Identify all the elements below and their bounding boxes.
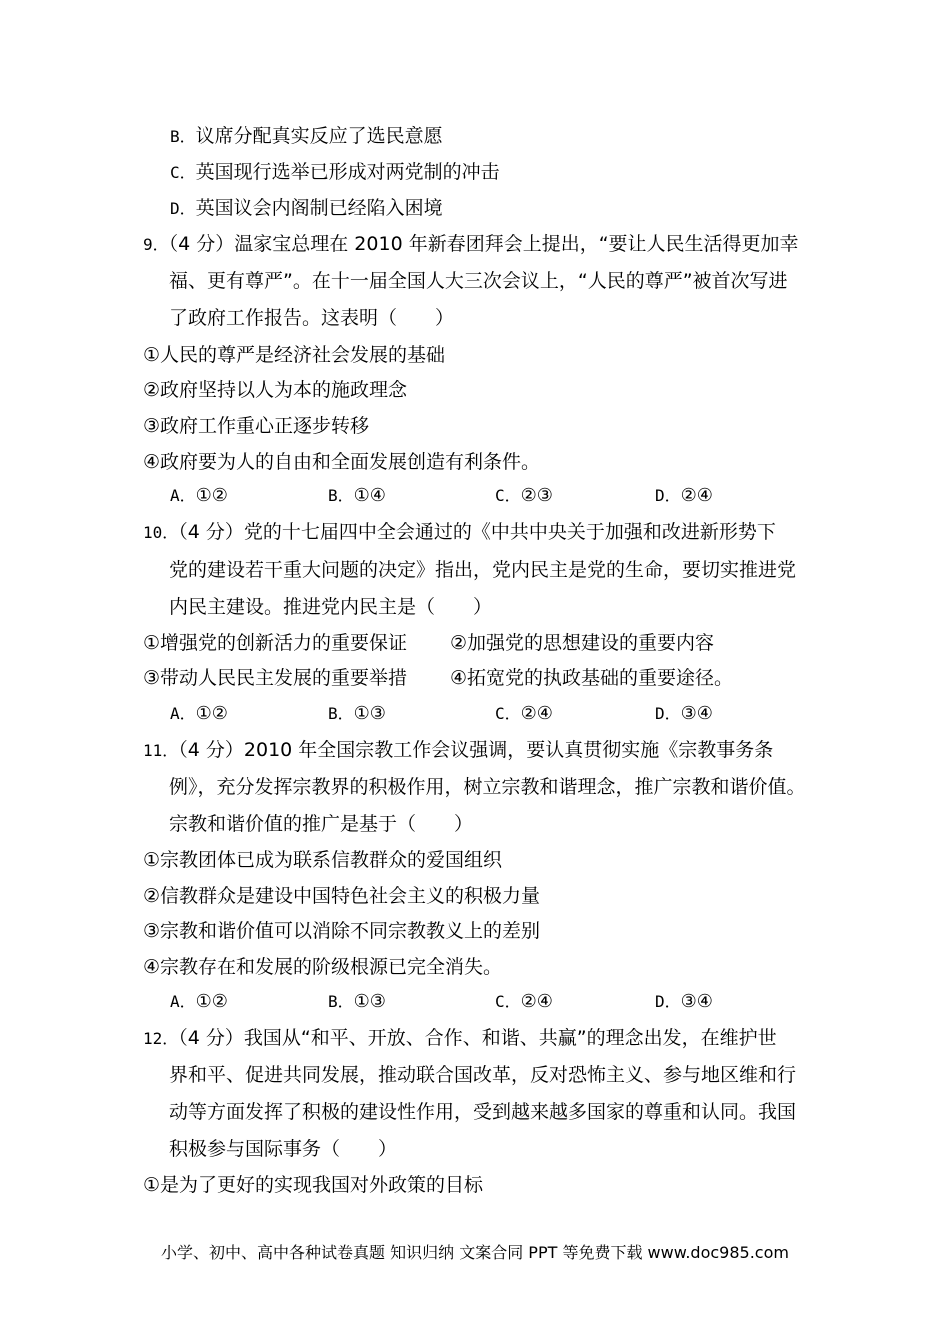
statement: ①人民的尊严是经济社会发展的基础 — [143, 343, 445, 367]
statement: ③宗教和谐价值可以消除不同宗教教义上的差别 — [143, 919, 540, 943]
question-stem-line: 内民主建设。推进党内民主是（ ） — [169, 595, 492, 619]
option-text: 议席分配真实反应了选民意愿 — [196, 125, 443, 147]
statement: ②政府坚持以人为本的施政理念 — [143, 378, 407, 402]
statement: ③政府工作重心正逐步转移 — [143, 414, 369, 438]
option-text: 英国现行选举已形成对两党制的冲击 — [196, 161, 500, 183]
option-a: A．①② — [170, 702, 228, 726]
option-c: C．②③ — [495, 484, 553, 508]
q8-option-d: D．英国议会内阁制已经陷入困境 — [170, 196, 443, 221]
option-letter: C． — [170, 163, 196, 182]
option-a: A．①② — [170, 484, 228, 508]
question-stem-line: 宗教和谐价值的推广是基于（ ） — [169, 812, 473, 836]
option-letter: D． — [170, 199, 196, 218]
question-number: 12． — [143, 1029, 178, 1048]
statement: ②加强党的思想建设的重要内容 — [450, 631, 714, 655]
option-d: D．③④ — [655, 990, 713, 1014]
question-stem-line: 例》，充分发挥宗教界的积极作用，树立宗教和谐理念，推广宗教和谐价值。 — [169, 775, 806, 799]
option-text: 英国议会内阁制已经陷入困境 — [196, 197, 443, 219]
option-b: B．①③ — [328, 990, 386, 1014]
option-d: D．③④ — [655, 702, 713, 726]
question-stem-line: 积极参与国际事务（ ） — [169, 1137, 397, 1161]
option-c: C．②④ — [495, 990, 553, 1014]
statement: ①宗教团体已成为联系信教群众的爱国组织 — [143, 848, 502, 872]
statement: ④拓宽党的执政基础的重要途径。 — [450, 666, 733, 690]
option-c: C．②④ — [495, 702, 553, 726]
statement: ③带动人民民主发展的重要举措 — [143, 666, 407, 690]
document-page: B．议席分配真实反应了选民意愿 C．英国现行选举已形成对两党制的冲击 D．英国议… — [0, 0, 950, 1344]
q8-option-c: C．英国现行选举已形成对两党制的冲击 — [170, 160, 500, 185]
question-number: 9． — [143, 235, 169, 254]
question-stem-line: 了政府工作报告。这表明（ ） — [169, 306, 454, 330]
option-b: B．①④ — [328, 484, 386, 508]
statement: ②信教群众是建设中国特色社会主义的积极力量 — [143, 884, 540, 908]
question-stem-line: 动等方面发挥了积极的建设性作用，受到越来越多国家的尊重和认同。我国 — [169, 1100, 796, 1124]
question-number: 10． — [143, 523, 178, 542]
option-b: B．①③ — [328, 702, 386, 726]
statement: ①是为了更好的实现我国对外政策的目标 — [143, 1173, 483, 1197]
statement: ④宗教存在和发展的阶级根源已完全消失。 — [143, 955, 502, 979]
option-d: D．②④ — [655, 484, 713, 508]
q8-option-b: B．议席分配真实反应了选民意愿 — [170, 124, 443, 149]
question-stem-line: 12．（4 分）我国从“和平、开放、合作、和谐、共赢”的理念出发，在维护世 — [143, 1026, 777, 1051]
question-stem-line: 9．（4 分）温家宝总理在 2010 年新春团拜会上提出，“要让人民生活得更加幸 — [143, 232, 799, 257]
question-stem-line: 福、更有尊严”。在十一届全国人大三次会议上，“人民的尊严”被首次写进 — [169, 269, 788, 293]
question-stem-line: 界和平、促进共同发展，推动联合国改革，反对恐怖主义、参与地区维和行 — [169, 1063, 796, 1087]
question-stem-line: 10．（4 分）党的十七届四中全会通过的《中共中央关于加强和改进新形势下 — [143, 520, 776, 545]
statement: ④政府要为人的自由和全面发展创造有利条件。 — [143, 450, 540, 474]
option-a: A．①② — [170, 990, 228, 1014]
statement: ①增强党的创新活力的重要保证 — [143, 631, 407, 655]
question-stem-line: 11．（4 分）2010 年全国宗教工作会议强调，要认真贯彻实施《宗教事务条 — [143, 738, 773, 763]
page-footer: 小学、初中、高中各种试卷真题 知识归纳 文案合同 PPT 等免费下载 www.d… — [0, 1242, 950, 1264]
option-letter: B． — [170, 127, 196, 146]
question-stem-line: 党的建设若干重大问题的决定》指出，党内民主是党的生命，要切实推进党 — [169, 558, 796, 582]
question-number: 11． — [143, 741, 178, 760]
